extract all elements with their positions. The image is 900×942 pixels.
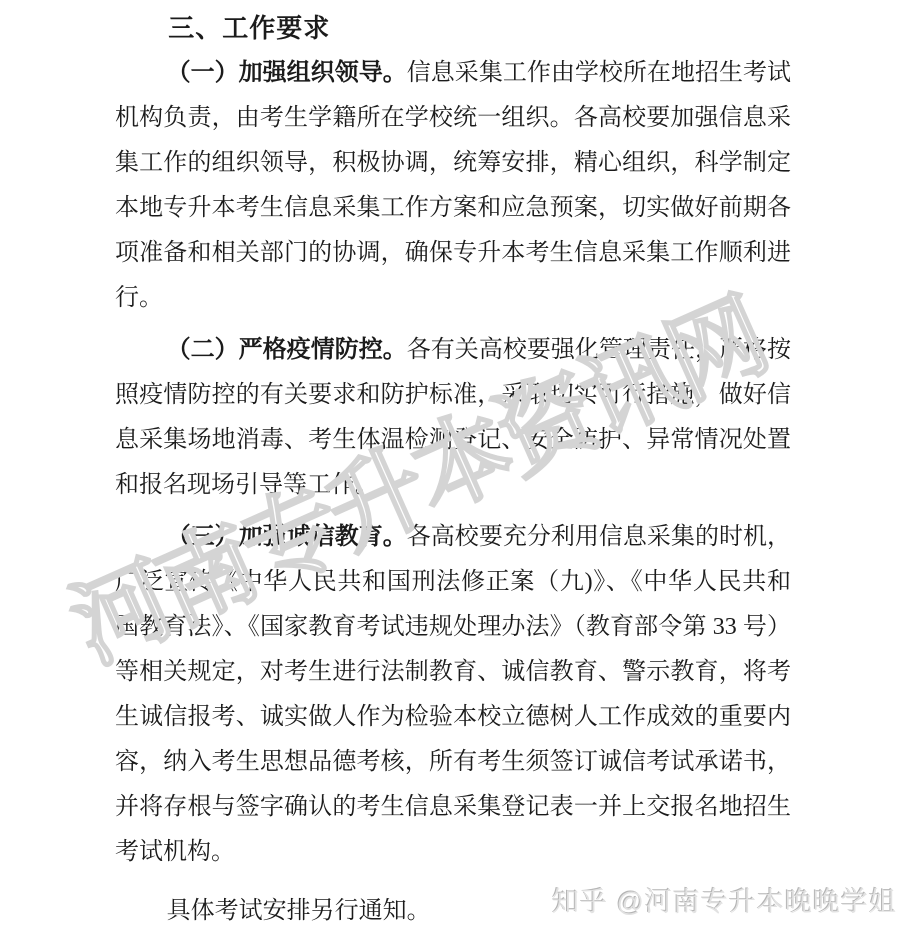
paragraph-1-lead: （一）加强组织领导。 [167, 60, 407, 86]
paragraph-2: （二）严格疫情防控。各有关高校要强化管理责任，严格按照疫情防控的有关要求和防护标… [115, 328, 791, 508]
paragraph-3-body: 各高校要充分利用信息采集的时机，广泛宣传《中华人民共和国刑法修正案（九)》、《中… [115, 524, 791, 865]
paragraph-3: （三）加强诚信教育。各高校要充分利用信息采集的时机，广泛宣传《中华人民共和国刑法… [115, 515, 791, 875]
paragraph-1: （一）加强组织领导。信息采集工作由学校所在地招生考试机构负责，由考生学籍所在学校… [115, 51, 791, 321]
paragraph-3-lead: （三）加强诚信教育。 [167, 524, 407, 550]
zhihu-credit: 知乎 @河南专升本晚晚学姐 [552, 880, 897, 919]
section-title: 三、工作要求 [115, 6, 791, 51]
paragraph-1-body: 信息采集工作由学校所在地招生考试机构负责，由考生学籍所在学校统一组织。各高校要加… [115, 60, 791, 311]
document-page: 三、工作要求 （一）加强组织领导。信息采集工作由学校所在地招生考试机构负责，由考… [0, 0, 900, 942]
document-content: 三、工作要求 （一）加强组织领导。信息采集工作由学校所在地招生考试机构负责，由考… [115, 6, 791, 941]
paragraph-2-lead: （二）严格疫情防控。 [167, 337, 407, 363]
